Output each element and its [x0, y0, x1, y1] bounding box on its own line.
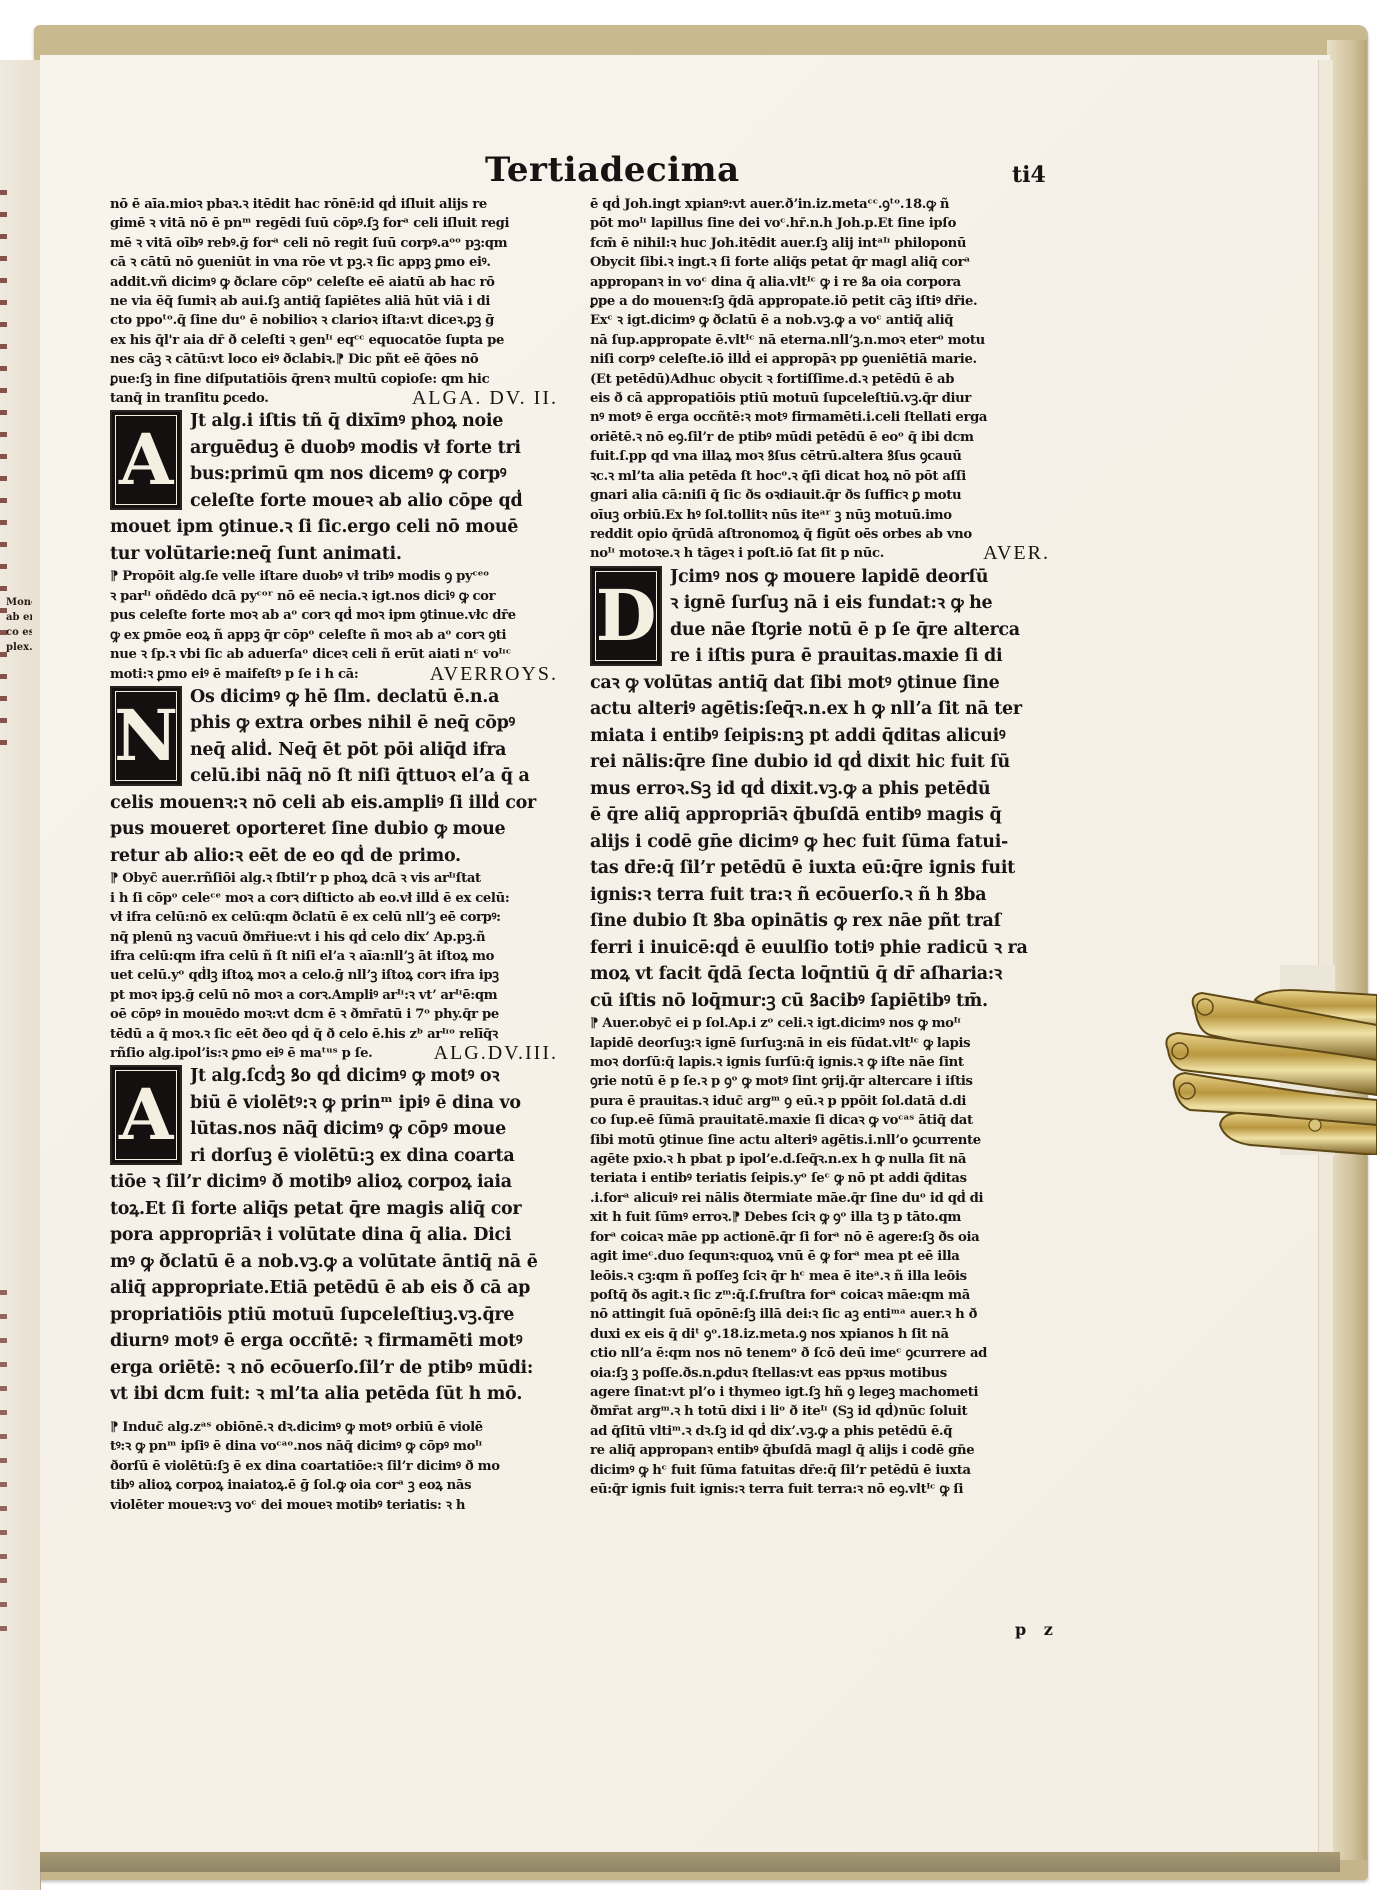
- binding-fore-edge: [1327, 40, 1367, 1860]
- signature-mark: p z: [1015, 1620, 1059, 1639]
- page-block-edge: [1318, 60, 1333, 1865]
- woodcut-initial: A: [110, 1065, 182, 1165]
- text-paragraph: N Os dicimꝰ ꝙ hē ſlm. declatū ē.n.a phis…: [110, 684, 558, 870]
- commentary-paragraph: nō ē aīa.mioꝛ pbaꝛ.ꝛ itēdit hac rōnē:id …: [110, 195, 558, 408]
- commentary-paragraph: ⁋ Obyc̄ auer.rñſiōi alg.ꝛ ſbtilʼr p phoꝝ…: [110, 869, 558, 1063]
- left-column: nō ē aīa.mioꝛ pbaꝛ.ꝛ itēdit hac rōnē:id …: [110, 195, 558, 1515]
- section-rubric: ALGA. DV. II.: [412, 389, 558, 408]
- previous-page-text-edge-lower: [0, 1290, 7, 1650]
- section-heading: tanq̄ in tranſitu ꝑcedo.ALGA. DV. II.: [110, 389, 558, 408]
- woodcut-initial: A: [110, 410, 182, 510]
- previous-page-margin-note: Mone ab eni co est plex.: [6, 595, 32, 655]
- folio-number: ti4: [1012, 162, 1046, 188]
- section-heading: noᴵᶦ motoꝛe.ꝛ h tāgeꝛ i poſt.iō ſat ſit …: [590, 544, 1050, 563]
- binding-bottom-edge: [40, 1852, 1340, 1872]
- commentary-paragraph: ē qḋ Joh.ingt xpianꝰ:vt auer.ðʼin.iz.met…: [590, 195, 1050, 564]
- previous-page-strip: Mone ab eni co est plex.: [0, 60, 41, 1890]
- text-paragraph: A Jt alg.i iſtis tñ q̄ dixīmꝰ phoꝝ noie …: [110, 408, 558, 567]
- woodcut-initial: N: [110, 686, 182, 786]
- previous-page-text-edge: [0, 190, 7, 750]
- running-title: Tertiadecima: [485, 150, 740, 190]
- right-column: ē qḋ Joh.ingt xpianꝰ:vt auer.ðʼin.iz.met…: [590, 195, 1050, 1499]
- section-rubric: AVERROYS.: [430, 665, 558, 684]
- text-paragraph: D Jcimꝰ nos ꝙ mouere lapidē deorſū ꝛ ign…: [590, 564, 1050, 1015]
- text-paragraph: A Jt alg.ſcḋꝫ ꝸo qḋ dicimꝰ ꝙ motꝰ oꝛ biū…: [110, 1063, 558, 1408]
- commentary-paragraph: ⁋ Induc̄ alg.zᵃˢ obiōnē.ꝛ dꝛ.dicimꝰ ꝙ mo…: [110, 1418, 558, 1515]
- section-rubric: AVER.: [983, 544, 1050, 563]
- woodcut-initial: D: [590, 566, 662, 666]
- section-heading: rñſio alg.ipolʼis:ꝛ ꝑmo eiꝰ ē maᵗᵘˢ p ſe…: [110, 1044, 558, 1063]
- brass-hand-clasp-icon: [1160, 965, 1377, 1155]
- section-heading: moti:ꝛ ꝑmo eiꝰ ē maifeſtꝰ p ſe i h cā:AV…: [110, 665, 558, 684]
- commentary-paragraph: ⁋ Propōit alg.ſe velle iſtare duobꝰ vł t…: [110, 567, 558, 683]
- commentary-paragraph: ⁋ Auer.obyc̄ ei p ſol.Ap.i zᵒ celi.ꝛ igt…: [590, 1014, 1050, 1499]
- section-rubric: ALG.DV.III.: [434, 1044, 558, 1063]
